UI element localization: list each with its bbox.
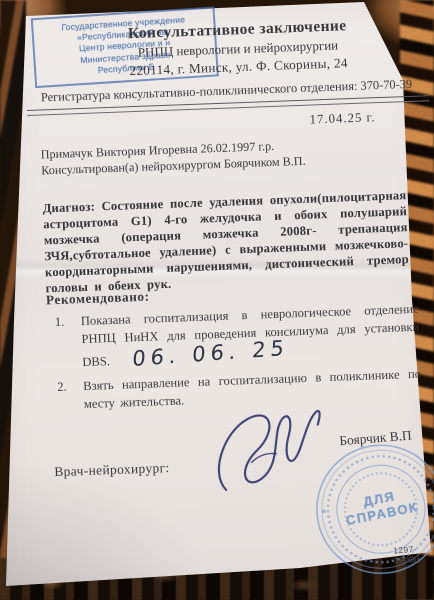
recommendations-label: Рекомендовано:: [46, 289, 150, 309]
list-item: 1. Показана госпитализация в неврологиче…: [47, 301, 421, 373]
diagnosis-label: Диагноз:: [42, 199, 95, 215]
list-item-marker: 2.: [57, 379, 67, 397]
list-item-marker: 1.: [55, 314, 65, 332]
form-code: 1297-19000: [393, 543, 434, 566]
document-content: Государственное учреждение «Республиканс…: [6, 1, 434, 600]
doctor-role-label: Врач-нейрохирург:: [54, 460, 170, 480]
document-header: Консультативное заключение РНПЦ невролог…: [72, 15, 404, 81]
dbs-label: DBS.: [82, 354, 110, 369]
recommendations-list: 1. Показана госпитализация в неврологиче…: [47, 301, 423, 421]
diagnosis-paragraph: Диагноз: Состояние после удаления опухол…: [42, 188, 409, 297]
document-date: 17.04.25 г.: [309, 108, 429, 127]
diagnosis-text: Состояние после удаления опухоли(пилоцит…: [43, 188, 409, 295]
patient-block: Примачук Виктория Игоревна 26.02.1997 г.…: [40, 133, 411, 179]
